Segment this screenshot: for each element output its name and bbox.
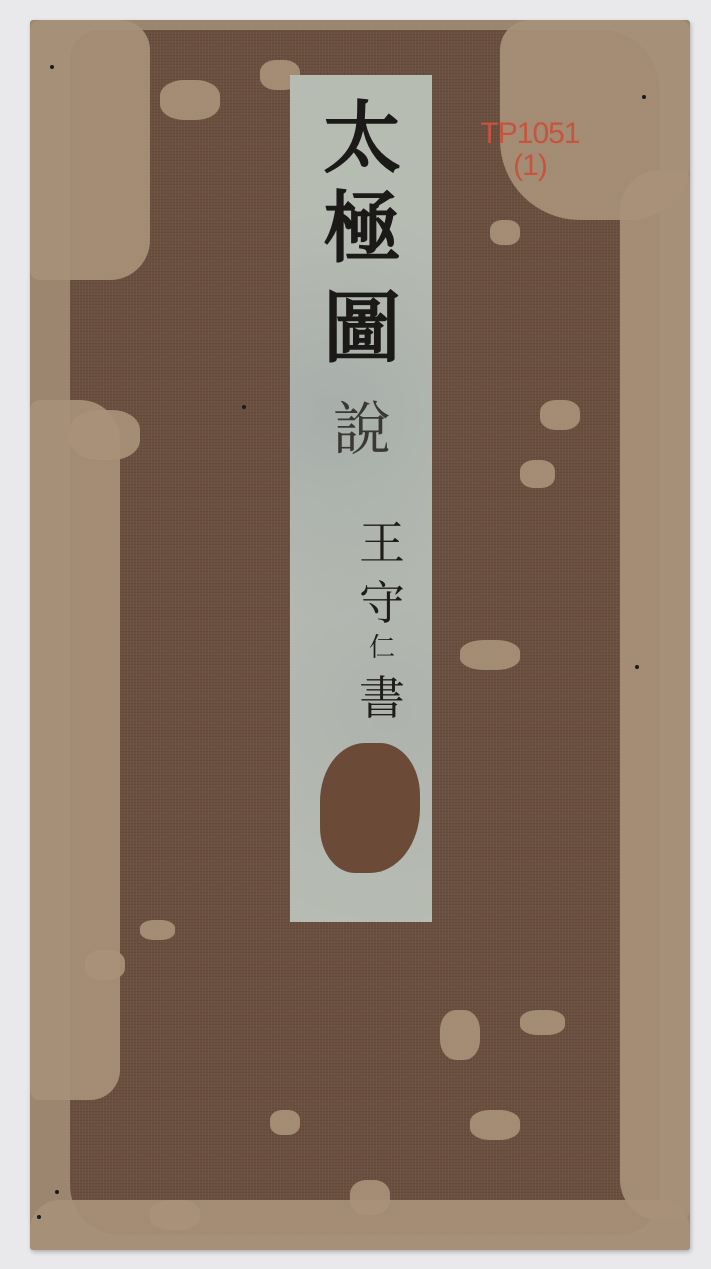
author-char: 書 <box>352 675 412 721</box>
worn-patch <box>150 1200 200 1230</box>
nail-hole <box>642 95 646 99</box>
worn-patch <box>160 80 220 120</box>
worn-patch <box>620 170 690 1220</box>
worn-patch <box>270 1110 300 1135</box>
title-label-strip: 太 極 圖 說 王 守 仁 書 <box>290 75 432 922</box>
author-char: 仁 <box>352 635 412 661</box>
title-char: 說 <box>332 400 392 458</box>
worn-patch <box>140 920 175 940</box>
worn-patch <box>85 950 125 980</box>
title-char: 極 <box>312 190 412 268</box>
worn-patch <box>520 460 555 488</box>
worn-patch <box>470 1110 520 1140</box>
author-char: 守 <box>352 580 412 626</box>
worn-patch <box>490 220 520 245</box>
accession-volume: (1) <box>470 150 590 182</box>
worn-patch <box>540 400 580 430</box>
nail-hole <box>635 665 639 669</box>
worn-patch <box>350 1180 390 1215</box>
worn-patch <box>30 400 120 1100</box>
author-char: 王 <box>352 520 412 566</box>
worn-patch <box>440 1010 480 1060</box>
book-cover: 太 極 圖 說 王 守 仁 書 TP1051 (1) <box>30 20 690 1250</box>
label-tear <box>320 743 420 873</box>
worn-patch <box>30 20 150 280</box>
worn-patch <box>520 1010 565 1035</box>
title-char: 圖 <box>312 290 412 368</box>
accession-number: TP1051 <box>470 118 590 150</box>
nail-hole <box>50 65 54 69</box>
nail-hole <box>242 405 246 409</box>
worn-patch <box>70 410 140 460</box>
worn-patch <box>460 640 520 670</box>
nail-hole <box>37 1215 41 1219</box>
accession-mark: TP1051 (1) <box>470 118 590 181</box>
nail-hole <box>55 1190 59 1194</box>
title-char: 太 <box>312 100 412 178</box>
